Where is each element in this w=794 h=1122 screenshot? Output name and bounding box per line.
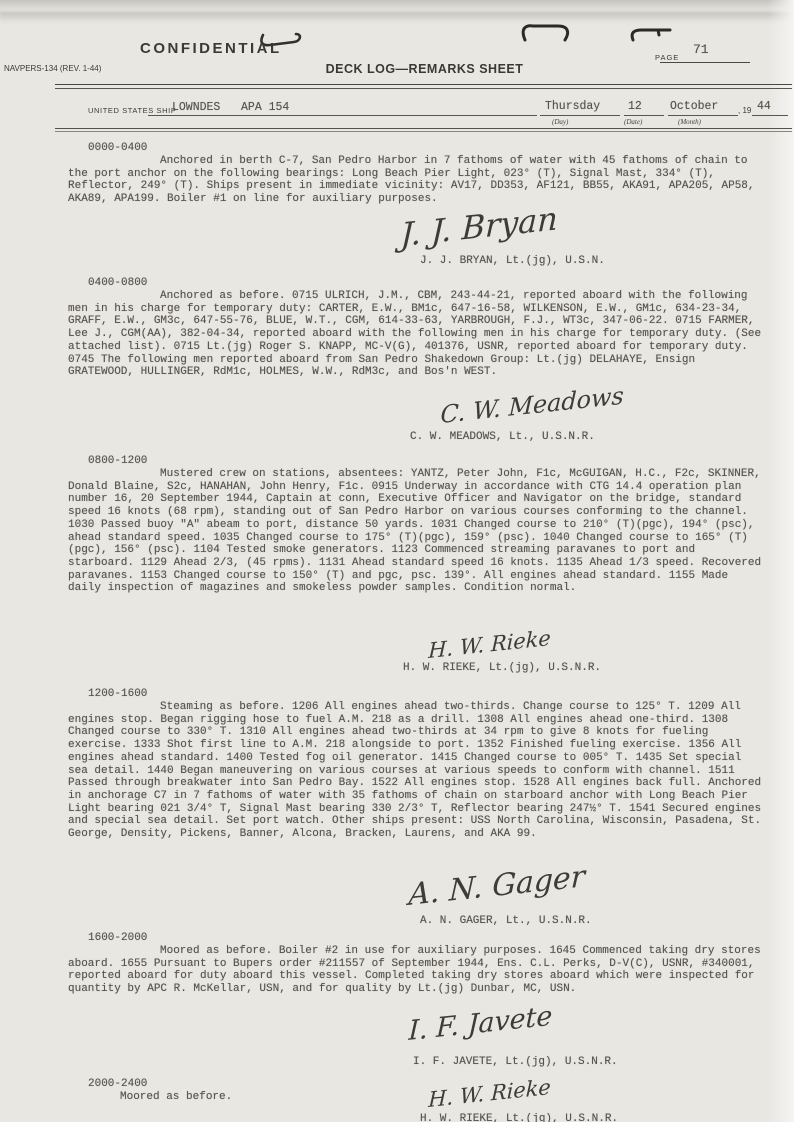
entry-time-range: 1600-2000 (88, 932, 147, 944)
signature-typed: A. N. GAGER, Lt., U.S.N.R. (420, 915, 592, 927)
entry-time-range: 0800-1200 (88, 455, 147, 467)
sheet-title: DECK LOG—REMARKS SHEET (55, 62, 794, 76)
classification-stamp: CONFIDENTIAL (140, 40, 282, 57)
signature-script: J. J. Bryan (400, 199, 558, 254)
date-underline (624, 115, 664, 116)
entry-time-range: 0000-0400 (88, 142, 147, 154)
entry-paragraph: Anchored as before. 0715 ULRICH, J.M., C… (68, 290, 764, 379)
entry-paragraph: Moored as before. (68, 1091, 764, 1104)
signature-script: A. N. Gager (408, 859, 586, 913)
entry-paragraph: Steaming as before. 1206 All engines ahe… (68, 701, 764, 841)
header-rule-top (55, 84, 792, 89)
entry-time-range: 0400-0800 (88, 277, 147, 289)
year-value: 44 (757, 100, 771, 113)
signature-typed: I. F. JAVETE, Lt.(jg), U.S.N.R. (413, 1056, 618, 1068)
scan-edge (768, 0, 794, 1122)
year-prefix: , 19 (738, 106, 751, 115)
date-sublabel: (Date) (624, 118, 642, 126)
log-day: Thursday (545, 100, 600, 113)
year-underline (752, 115, 788, 116)
day-sublabel: (Day) (552, 118, 568, 126)
scan-smudge (0, 12, 794, 22)
signature-typed: J. J. BRYAN, Lt.(jg), U.S.N. (420, 255, 605, 267)
ship-label: UNITED STATES SHIP (88, 106, 176, 115)
signature-typed: C. W. MEADOWS, Lt., U.S.N.R. (410, 431, 595, 443)
log-month: October (670, 100, 718, 113)
day-underline (540, 115, 620, 116)
staple-mark-icon (518, 20, 574, 49)
entry-time-range: 1200-1600 (88, 688, 147, 700)
signature-script: H. W. Rieke (428, 1075, 551, 1112)
signature-script: H. W. Rieke (428, 626, 551, 663)
entry-paragraph: Moored as before. Boiler #2 in use for a… (68, 945, 764, 996)
ship-name: LOWNDES APA 154 (172, 101, 289, 114)
deck-log-remarks-sheet: CONFIDENTIAL PAGE 71 NAVPERS-134 (REV. 1… (0, 0, 794, 1122)
staple-mark-icon (628, 26, 676, 49)
signature-script: I. F. Javete (408, 1001, 553, 1047)
signature-typed: H. W. RIEKE, Lt.(jg), U.S.N.R. (403, 662, 601, 674)
page-number: 71 (693, 42, 709, 57)
page-label: PAGE (655, 53, 679, 62)
entry-paragraph: Mustered crew on stations, absentees: YA… (68, 468, 764, 595)
month-sublabel: (Month) (678, 118, 701, 126)
signature-script: C. W. Meadows (440, 381, 624, 429)
entry-time-range: 2000-2400 (88, 1078, 147, 1090)
header-rule-bottom (55, 128, 792, 132)
ship-name-underline (148, 115, 537, 116)
signature-typed: H. W. RIEKE, Lt.(jg), U.S.N.R. (420, 1113, 618, 1122)
entry-paragraph: Anchored in berth C-7, San Pedro Harbor … (68, 155, 764, 206)
month-underline (668, 115, 738, 116)
log-date: 12 (628, 100, 642, 113)
